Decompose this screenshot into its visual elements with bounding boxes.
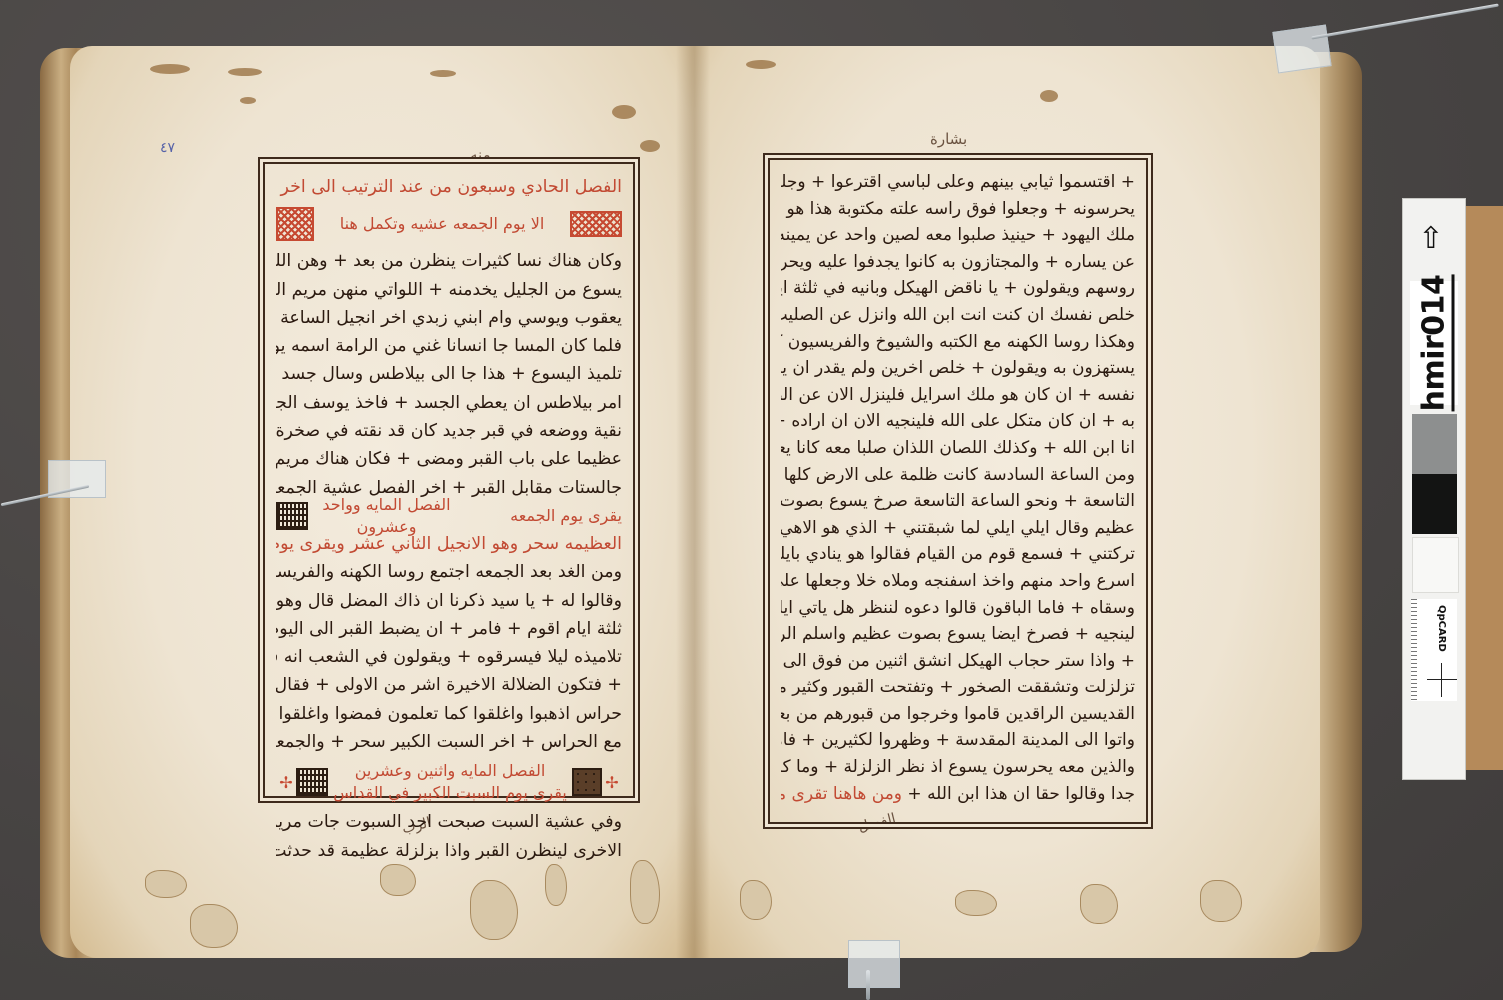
rubric-row: ✢ الفصل المايه واثنين وعشرين يقرى يوم ال… bbox=[276, 756, 622, 808]
grey-patch bbox=[1412, 414, 1457, 474]
rubric-block: الفصل المايه واثنين وعشرين يقرى يوم السب… bbox=[328, 760, 572, 804]
white-patch bbox=[1412, 537, 1459, 593]
text-line: وهكذا روسا الكهنه مع الكتبه والشيوخ والف… bbox=[781, 329, 1135, 356]
card-brand: QpCARD bbox=[1436, 605, 1447, 652]
text-line: يعقوب ويوسي وام ابني زبدي اخر انجيل السا… bbox=[276, 304, 622, 332]
stain bbox=[640, 140, 660, 152]
clip-wire bbox=[866, 970, 870, 1000]
red-ornament-icon bbox=[570, 211, 622, 237]
worm-damage bbox=[545, 864, 567, 906]
crosshair-icon bbox=[1427, 679, 1457, 680]
pencil-folio-number: ٤٧ bbox=[160, 140, 175, 156]
stain bbox=[150, 64, 190, 74]
clip-tab bbox=[848, 940, 900, 988]
stain bbox=[1040, 90, 1058, 102]
text-line: تركتني + فسمع قوم من القيام فقالوا هو ين… bbox=[781, 541, 1135, 568]
text-line: + واذا ستر حجاب الهيكل انشق اثنين من فوق… bbox=[781, 648, 1135, 675]
text-line: عن يساره + والمجتازون به كانوا يجدفوا عل… bbox=[781, 249, 1135, 276]
rubric-row: الا يوم الجمعه عشيه وتكمل هنا bbox=[276, 201, 622, 247]
text-line: وكان هناك نسا كثيرات ينظرن من بعد + وهن … bbox=[276, 247, 622, 275]
worm-damage bbox=[1200, 880, 1242, 922]
worm-damage bbox=[145, 870, 187, 898]
text-line: + اقتسموا ثيابي بينهم وعلى لباسي اقترعوا… bbox=[781, 169, 1135, 196]
text-line: تزلزلت وتشققت الصخور + وتفتحت القبور وكث… bbox=[781, 674, 1135, 701]
text-line: واتوا الى المدينة المقدسة + وظهروا لكثير… bbox=[781, 727, 1135, 754]
text-line: ثلثة ايام اقوم + فامر + ان يضبط القبر ال… bbox=[276, 615, 622, 643]
text-line: والذين معه يحرسون يسوع اذ نظر الزلزلة + … bbox=[781, 754, 1135, 781]
text-line: فلما كان المسا جا انسانا غني من الرامة ا… bbox=[276, 332, 622, 360]
text-line: عظيما على باب القبر ومضى + فكان هناك مري… bbox=[276, 445, 622, 473]
text-line: نفسه + ان كان هو ملك اسرايل فلينزل الان … bbox=[781, 382, 1135, 409]
stain bbox=[228, 68, 262, 76]
dark-ornament-icon bbox=[572, 768, 602, 796]
cross-icon: ✢ bbox=[276, 773, 296, 792]
rubric-reading-day: يقرى يوم السبت الكبير في القداس bbox=[328, 782, 572, 804]
text-segment: جدا وقالوا حقا ان هذا ابن الله + bbox=[907, 784, 1135, 804]
color-reference-card: ⇧ hmir014 QpCARD bbox=[1402, 198, 1466, 780]
text-line: روسهم ويقولون + يا ناقض الهيكل وبانيه في… bbox=[781, 275, 1135, 302]
stain bbox=[240, 97, 256, 104]
worm-damage bbox=[190, 904, 238, 948]
worm-damage bbox=[740, 880, 772, 920]
dark-ornament-icon bbox=[296, 768, 328, 796]
left-text-block: الفصل الحادي وسبعون من عند الترتيب الى ا… bbox=[258, 157, 640, 803]
rubric-row: يقرى يوم الجمعه الفصل المايه وواحد وعشرو… bbox=[276, 502, 622, 530]
scale-ruler: QpCARD bbox=[1411, 599, 1457, 701]
text-line: حراس اذهبوا واغلقوا كما تعلمون فمضوا واغ… bbox=[276, 700, 622, 728]
text-line: لينجيه + فصرخ ايضا يسوع بصوت عظيم واسلم … bbox=[781, 621, 1135, 648]
text-line: ومن الغد بعد الجمعه اجتمع روسا الكهنه وا… bbox=[276, 558, 622, 586]
text-line-last: جدا وقالوا حقا ان هذا ابن الله + ومن هاه… bbox=[781, 781, 1135, 808]
worm-damage bbox=[955, 890, 997, 916]
text-line: انا ابن الله + وكذلك اللصان اللذان صلبا … bbox=[781, 435, 1135, 462]
text-line: يحرسونه + وجعلوا فوق راسه علته مكتوبة هذ… bbox=[781, 196, 1135, 223]
text-line: اسرع واحد منهم واخذ اسفنجه وملاه خلا وجع… bbox=[781, 568, 1135, 595]
text-line: القديسين الراقدين قاموا وخرجوا من قبورهم… bbox=[781, 701, 1135, 728]
manuscript-photograph: منه بشارة الرب الفصل ٤٧ الفصل الحادي وسب… bbox=[0, 0, 1503, 1000]
text-line: وقالوا له + يا سيد ذكرنا ان ذاك المضل قا… bbox=[276, 587, 622, 615]
text-line: تلاميذه ليلا فيسرقوه + ويقولون في الشعب … bbox=[276, 643, 622, 671]
ruler-ticks bbox=[1411, 599, 1417, 701]
text-line: وسقاه + فاما الباقون قالوا دعوه لننظر هل… bbox=[781, 595, 1135, 622]
clip-tab bbox=[1272, 24, 1331, 73]
right-text-block: + اقتسموا ثيابي بينهم وعلى لباسي اقترعوا… bbox=[763, 153, 1153, 829]
text-line: خلص نفسك ان كنت انت ابن الله وانزل عن ال… bbox=[781, 302, 1135, 329]
text-line: ومن الساعة السادسة كانت ظلمة على الارض ك… bbox=[781, 462, 1135, 489]
cross-icon: ✢ bbox=[602, 773, 622, 792]
rubric-line: العظيمه سحر وهو الانجيل الثاني عشر ويقرى… bbox=[276, 530, 622, 558]
rubric-subtitle: الا يوم الجمعه عشيه وتكمل هنا bbox=[314, 213, 570, 235]
rubric-chapter: الفصل المايه واثنين وعشرين bbox=[328, 760, 572, 782]
worm-damage bbox=[1080, 884, 1118, 924]
right-head-word: بشارة bbox=[930, 130, 967, 148]
text-line: وفي عشية السبت صبحت احد السبوت جات مريم … bbox=[276, 808, 622, 836]
text-line: يسوع من الجليل يخدمنه + اللواتي منهن مري… bbox=[276, 276, 622, 304]
rubric-reading-day: يقرى يوم الجمعه bbox=[465, 505, 622, 527]
text-line: نقية ووضعه في قبر جديد كان قد نقته في صخ… bbox=[276, 417, 622, 445]
text-line: به + ان كان متكل على الله فلينجيه الان ا… bbox=[781, 408, 1135, 435]
text-line: يستهزون به ويقولون + خلص اخرين ولم يقدر … bbox=[781, 355, 1135, 382]
rubric-title: الفصل الحادي وسبعون من عند الترتيب الى ا… bbox=[276, 173, 622, 201]
worm-damage bbox=[380, 864, 416, 896]
stain bbox=[746, 60, 776, 69]
book-gutter bbox=[676, 46, 710, 958]
up-arrow-icon: ⇧ bbox=[1413, 221, 1449, 257]
crosshair-icon bbox=[1441, 663, 1442, 697]
shelfmark-label: hmir014 bbox=[1410, 281, 1458, 405]
text-line: الاخرى لينظرن القبر واذا بزلزلة عظيمة قد… bbox=[276, 837, 622, 865]
text-line: امر بيلاطس ان يعطي الجسد + فاخذ يوسف الج… bbox=[276, 389, 622, 417]
stain bbox=[430, 70, 456, 77]
text-line: مع الحراس + اخر السبت الكبير سحر + والجم… bbox=[276, 728, 622, 756]
rubric-segment: ومن هاهنا تقرى من يوحنا bbox=[781, 784, 902, 804]
black-patch bbox=[1412, 474, 1457, 534]
text-line: + فتكون الضلالة الاخيرة اشر من الاولى + … bbox=[276, 671, 622, 699]
stain bbox=[612, 105, 636, 119]
text-line: عظيم وقال ايلي ايلي لما شبقتني + الذي هو… bbox=[781, 515, 1135, 542]
red-ornament-icon bbox=[276, 207, 314, 241]
text-line: ملك اليهود + حينيذ صلبوا معه لصين واحد ع… bbox=[781, 222, 1135, 249]
shelfmark-text: hmir014 bbox=[1417, 275, 1452, 412]
text-line: تلميذ اليسوع + هذا جا الى بيلاطس وسال جس… bbox=[276, 360, 622, 388]
text-line: التاسعة + ونحو الساعة التاسعة صرخ يسوع ب… bbox=[781, 488, 1135, 515]
dark-ornament-icon bbox=[276, 502, 308, 530]
